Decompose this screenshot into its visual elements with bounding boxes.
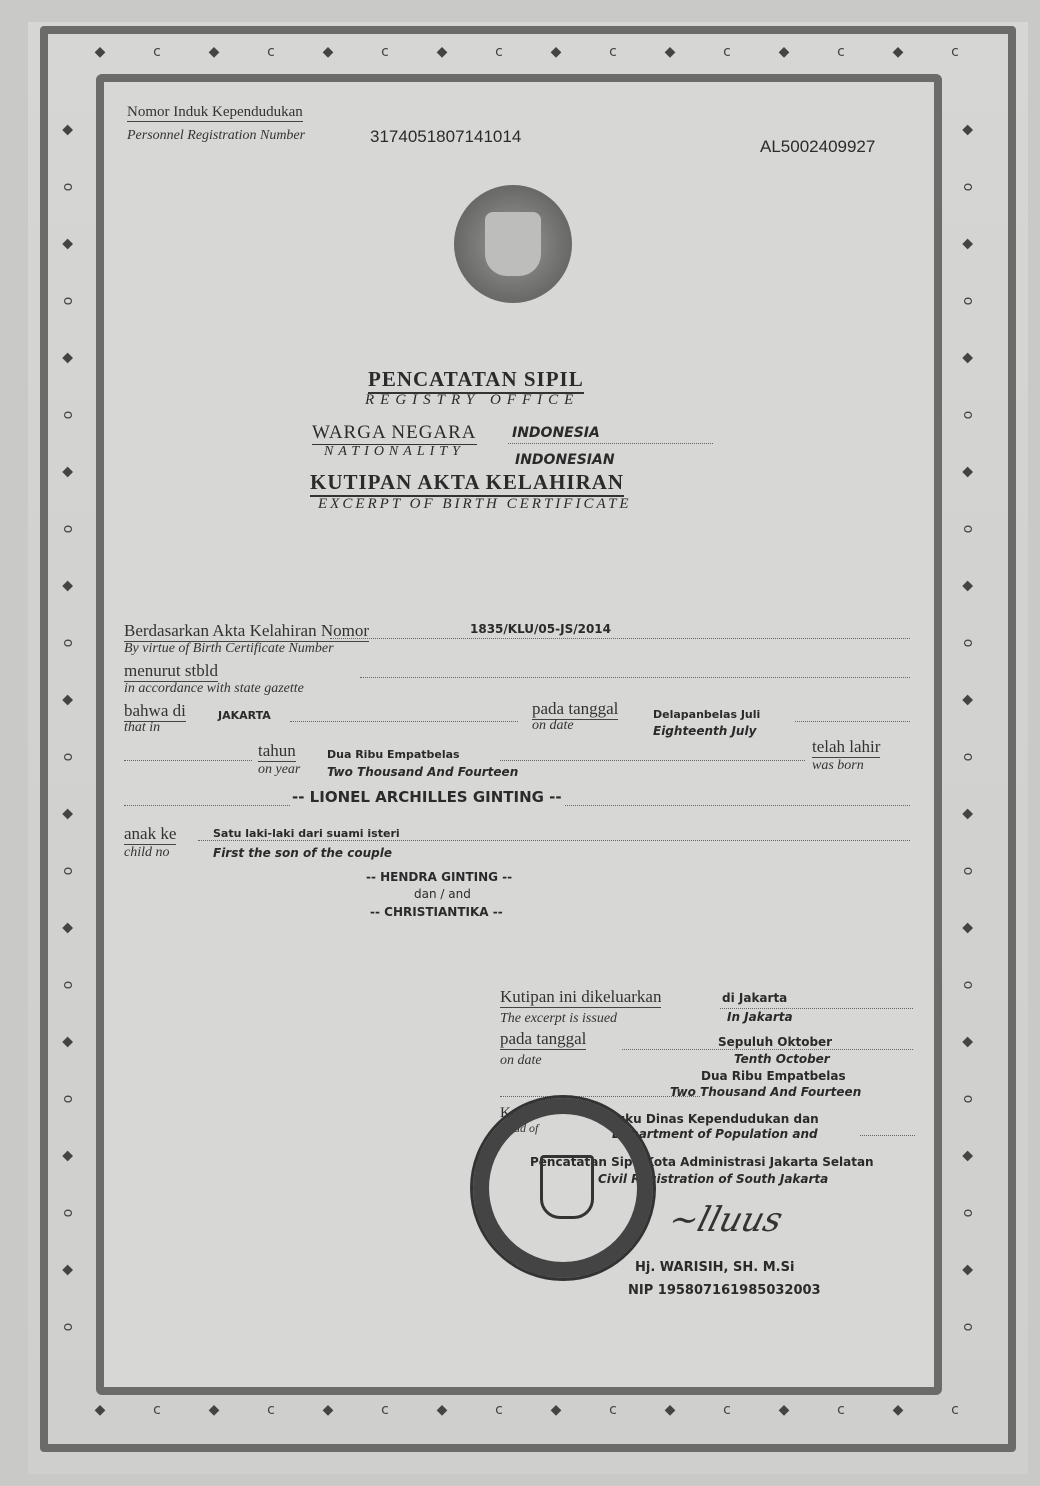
born-label-id: telah lahir	[812, 738, 880, 758]
serial-number: AL5002409927	[760, 137, 875, 157]
border-ornament-icon: ◆	[893, 45, 904, 59]
border-ornament-icon: c	[495, 1403, 503, 1417]
border-ornament-icon: ◆	[961, 581, 975, 592]
border-ornament-icon: ◆	[961, 809, 975, 820]
birth-year-label-id: tahun	[258, 742, 296, 762]
border-ornament-icon: o	[961, 753, 975, 762]
child-name: -- LIONEL ARCHILLES GINTING --	[290, 788, 564, 806]
border-ornament-icon: ◆	[61, 809, 75, 820]
border-ornament-icon: o	[961, 639, 975, 648]
border-ornament-icon: c	[267, 45, 275, 59]
nik-value: 3174051807141014	[370, 127, 521, 147]
border-ornament-icon: o	[61, 1323, 75, 1332]
parents-conjunction: dan / and	[414, 887, 471, 901]
border-ornament-icon: o	[61, 1095, 75, 1104]
border-ornament-icon: ◆	[61, 353, 75, 364]
border-ornament-icon: o	[961, 183, 975, 192]
nationality-value-id: INDONESIA	[512, 425, 600, 441]
signatory-name: Hj. WARISIH, SH. M.Si	[635, 1260, 794, 1275]
place-label-id: bahwa di	[124, 702, 186, 722]
border-ornament-icon: ◆	[323, 1403, 334, 1417]
border-ornament-icon: o	[61, 753, 75, 762]
birth-year-value-en: Two Thousand And Fourteen	[327, 765, 518, 779]
border-ornament-icon: ◆	[961, 1037, 975, 1048]
border-ornament-icon: ◆	[961, 1151, 975, 1162]
garuda-emblem-icon	[454, 185, 572, 303]
signatory-nip: NIP 195807161985032003	[628, 1283, 821, 1298]
place-value: JAKARTA	[218, 709, 271, 722]
border-ornament-icon: o	[961, 1209, 975, 1218]
border-ornament-icon: o	[61, 639, 75, 648]
border-ornament-icon: o	[961, 1323, 975, 1332]
border-ornament-icon: ◆	[779, 1403, 790, 1417]
cert-number-label-en: By virtue of Birth Certificate Number	[124, 641, 334, 656]
border-ornament-icon: c	[267, 1403, 275, 1417]
gazette-label-id: menurut stbld	[124, 662, 218, 682]
border-ornament-icon: o	[961, 525, 975, 534]
border-ornament-icon: c	[723, 45, 731, 59]
issue-date-label-en: on date	[500, 1053, 542, 1068]
birth-date-label-id: pada tanggal	[532, 700, 618, 720]
child-number-label-id: anak ke	[124, 825, 176, 845]
border-ornament-icon: c	[837, 45, 845, 59]
nationality-value-en: INDONESIAN	[515, 452, 615, 468]
border-ornament-icon: o	[961, 1095, 975, 1104]
issued-place-id: di Jakarta	[722, 991, 787, 1005]
border-ornament-icon: ◆	[961, 467, 975, 478]
document-title-en: EXCERPT OF BIRTH CERTIFICATE	[318, 496, 632, 513]
border-ornament-icon: c	[381, 45, 389, 59]
border-ornament-icon: c	[837, 1403, 845, 1417]
border-ornament-icon: o	[61, 525, 75, 534]
border-ornament-icon: ◆	[893, 1403, 904, 1417]
issue-year-value-id: Dua Ribu Empatbelas	[701, 1069, 846, 1083]
border-ornament-icon: ◆	[961, 923, 975, 934]
border-ornament-icon: ◆	[665, 45, 676, 59]
border-ornament-icon: ◆	[437, 45, 448, 59]
border-ornament-icon: ◆	[665, 1403, 676, 1417]
signature-icon: ~lluus	[665, 1200, 787, 1240]
born-label-en: was born	[812, 758, 864, 773]
border-ornament-icon: ◆	[61, 1037, 75, 1048]
department-en: Department of Population and	[612, 1127, 818, 1141]
border-ornament-icon: c	[153, 1403, 161, 1417]
father-name: -- HENDRA GINTING --	[366, 870, 512, 884]
border-ornament-icon: o	[61, 867, 75, 876]
border-ornament-icon: ◆	[961, 1265, 975, 1276]
birth-date-value-id: Delapanbelas Juli	[653, 708, 760, 721]
border-ornament-icon: ◆	[961, 353, 975, 364]
border-ornament-icon: o	[61, 297, 75, 306]
border-ornament-icon: o	[61, 183, 75, 192]
border-ornament-icon: ◆	[61, 467, 75, 478]
child-number-value-id: Satu laki-laki dari suami isteri	[213, 827, 400, 840]
cert-number-value: 1835/KLU/05-JS/2014	[470, 622, 611, 636]
issue-date-label-id: pada tanggal	[500, 1030, 586, 1050]
border-ornament-icon: o	[961, 297, 975, 306]
border-ornament-icon: c	[609, 45, 617, 59]
border-ornament-icon: o	[961, 411, 975, 420]
border-ornament-icon: o	[961, 867, 975, 876]
child-number-value-en: First the son of the couple	[213, 846, 392, 860]
place-label-en: that in	[124, 720, 160, 735]
mother-name: -- CHRISTIANTIKA --	[370, 905, 503, 919]
document-title-id: KUTIPAN AKTA KELAHIRAN	[310, 470, 624, 497]
border-ornament-icon: ◆	[209, 45, 220, 59]
issue-date-value-en: Tenth October	[734, 1052, 830, 1066]
border-ornament-icon: o	[61, 1209, 75, 1218]
nationality-label-en: NATIONALITY	[324, 444, 465, 460]
department-id: Suku Dinas Kependudukan dan	[608, 1112, 819, 1126]
border-ornament-icon: ◆	[961, 239, 975, 250]
border-ornament-icon: o	[961, 981, 975, 990]
border-ornament-icon: c	[951, 45, 959, 59]
nationality-label-id: WARGA NEGARA	[312, 422, 477, 445]
border-ornament-icon: ◆	[961, 695, 975, 706]
nik-label-id: Nomor Induk Kependudukan	[127, 104, 303, 122]
nik-label-en: Personnel Registration Number	[127, 128, 305, 143]
issue-date-value-id: Sepuluh Oktober	[718, 1035, 832, 1049]
border-ornament-icon: c	[609, 1403, 617, 1417]
border-ornament-icon: o	[61, 411, 75, 420]
border-ornament-icon: c	[951, 1403, 959, 1417]
border-ornament-icon: ◆	[437, 1403, 448, 1417]
border-ornament-icon: ◆	[61, 239, 75, 250]
border-ornament-icon: ◆	[61, 581, 75, 592]
border-ornament-icon: c	[495, 45, 503, 59]
border-ornament-icon: ◆	[61, 1151, 75, 1162]
issued-place-en: In Jakarta	[727, 1010, 793, 1024]
office-title-en: REGISTRY OFFICE	[365, 392, 579, 409]
border-ornament-icon: ◆	[61, 695, 75, 706]
birth-date-label-en: on date	[532, 718, 574, 733]
border-ornament-icon: ◆	[779, 45, 790, 59]
border-ornament-icon: ◆	[95, 45, 106, 59]
border-ornament-icon: ◆	[209, 1403, 220, 1417]
border-ornament-icon: c	[381, 1403, 389, 1417]
jakarta-shield-icon	[540, 1155, 594, 1219]
border-ornament-icon: c	[723, 1403, 731, 1417]
issued-label-id: Kutipan ini dikeluarkan	[500, 988, 661, 1008]
issue-year-value-en: Two Thousand And Fourteen	[670, 1085, 861, 1099]
birth-year-label-en: on year	[258, 762, 300, 777]
border-ornament-icon: ◆	[323, 45, 334, 59]
birth-date-value-en: Eighteenth July	[653, 724, 756, 738]
border-ornament-icon: ◆	[61, 1265, 75, 1276]
birth-year-value-id: Dua Ribu Empatbelas	[327, 748, 460, 761]
office-title-id: PENCATATAN SIPIL	[368, 367, 584, 394]
border-ornament-icon: c	[153, 45, 161, 59]
border-ornament-icon: ◆	[61, 125, 75, 136]
border-ornament-icon: o	[61, 981, 75, 990]
issued-label-en: The excerpt is issued	[500, 1011, 617, 1026]
border-ornament-icon: ◆	[95, 1403, 106, 1417]
child-number-label-en: child no	[124, 845, 170, 860]
gazette-label-en: in accordance with state gazette	[124, 681, 304, 696]
border-ornament-icon: ◆	[551, 1403, 562, 1417]
border-ornament-icon: ◆	[61, 923, 75, 934]
border-ornament-icon: ◆	[551, 45, 562, 59]
border-ornament-icon: ◆	[961, 125, 975, 136]
